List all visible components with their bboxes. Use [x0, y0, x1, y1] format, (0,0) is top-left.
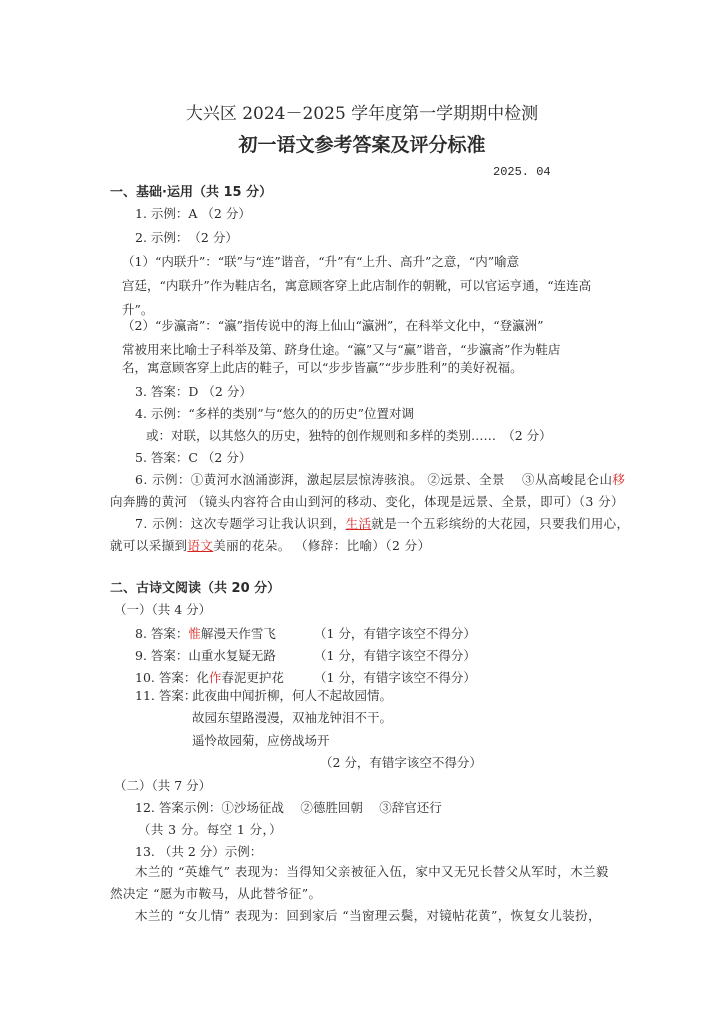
- document-date: 2025. 04: [493, 166, 551, 178]
- q2-answer: 2. 示例： （2 分）: [135, 232, 238, 245]
- q7-highlight-shenghuo: 生活: [346, 516, 372, 531]
- q5-answer: 5. 答案：C （2 分）: [135, 452, 251, 465]
- section1-heading: 一、基础·运用（共 15 分）: [110, 186, 272, 199]
- q13-line1: 13. （共 2 分）示例：: [135, 846, 262, 859]
- q2-part2-line1: （2）“步瀛斋”：“瀛”指传说中的海上仙山“瀛洲”，在科举文化中，“登瀛洲”: [122, 320, 544, 333]
- q10-text-b: 春泥更护花: [221, 670, 284, 685]
- q2-part1-line1: （1）“内联升”：“联”与“连”谐音，“升”有“上升、高升”之意，“内”喻意: [122, 256, 519, 269]
- q12-line1: 12. 答案示例：①沙场征战 ②德胜回朝 ③辞官还行: [135, 802, 442, 815]
- q8-highlight: 惟: [188, 626, 201, 641]
- q2-part1-line3: 升”。: [122, 304, 153, 317]
- q10-score: （1 分，有错字该空不得分）: [314, 672, 476, 685]
- q6-line1: 6. 示例：①黄河水汹涌澎湃，激起层层惊涛骇浪。 ②远景、全景 ③从高峻昆仑山移: [135, 474, 625, 487]
- q2-part1-line2: 宫廷，“内联升”作为鞋店名，寓意顾客穿上此店制作的朝靴，可以官运亨通，“连连高: [122, 280, 591, 293]
- q11-label: 11. 答案：: [135, 690, 196, 703]
- q7-line2-end: 美丽的花朵。 （修辞：比喻）（2 分）: [213, 538, 430, 553]
- q7-line1-end: 就是一个五彩缤纷的大花园，只要我们用心，: [371, 516, 629, 531]
- q10-label: 10. 答案：: [135, 670, 196, 685]
- document-subtitle: 初一语文参考答案及评分标准: [0, 136, 724, 155]
- q8-answer: 8. 答案：惟解漫天作雪飞: [135, 628, 276, 641]
- q7-line2: 就可以采撷到语文美丽的花朵。 （修辞：比喻）（2 分）: [110, 540, 430, 553]
- q7-line1-start: 7. 示例：这次专题学习让我认识到，: [135, 516, 346, 531]
- q4-line1: 4. 示例：“多样的类别”与“悠久的的历史”位置对调: [135, 408, 414, 421]
- q7-line2-start: 就可以采撷到: [110, 538, 187, 553]
- q7-highlight-yuwen: 语文: [187, 538, 213, 553]
- q11-line2: 故园东望路漫漫，双袖龙钟泪不干。: [192, 712, 392, 725]
- q10-highlight: 作: [209, 670, 222, 685]
- section2-heading: 二、古诗文阅读（共 20 分）: [110, 582, 280, 595]
- q11-line1: 此夜曲中闻折柳，何人不起故园情。: [192, 690, 392, 703]
- q10-text-a: 化: [196, 670, 209, 685]
- q12-line2: （共 3 分。每空 1 分，）: [138, 824, 282, 837]
- q2-part2-line2: 常被用来比喻士子科举及第、跻身仕途。“瀛”又与“赢”谐音，“步瀛斋”作为鞋店: [122, 344, 560, 357]
- q9-score: （1 分，有错字该空不得分）: [314, 650, 476, 663]
- q9-label: 9. 答案：: [135, 648, 188, 663]
- q3-answer: 3. 答案：D （2 分）: [135, 386, 252, 399]
- answer-key-page: 大兴区 2024－2025 学年度第一学期期中检测 初一语文参考答案及评分标准 …: [0, 0, 724, 1024]
- q13-para2-line1: 木兰的 “女儿情” 表现为：回到家后 “当窗理云鬓，对镜帖花黄”，恢复女儿装扮，: [135, 910, 601, 923]
- q13-para1-line2: 然决定 “愿为市鞍马，从此替爷征”。: [110, 888, 321, 901]
- q11-score: （2 分，有错字该空不得分）: [320, 757, 482, 770]
- q2-part2-line3: 名，寓意顾客穿上此店的鞋子，可以“步步皆赢”“步步胜利”的美好祝福。: [122, 362, 523, 375]
- q4-line2: 或：对联，以其悠久的历史，独特的创作规则和多样的类别…… （2 分）: [146, 430, 552, 443]
- q8-text: 解漫天作雪飞: [201, 626, 276, 641]
- q6-line2: 向奔腾的黄河 （镜头内容符合由山到河的移动、变化，体现是远景、全景，即可）（3 …: [110, 496, 624, 509]
- q11-line3: 遥怜故园菊，应傍战场开: [192, 735, 330, 748]
- q8-label: 8. 答案：: [135, 626, 188, 641]
- part2-heading: （二）（共 7 分）: [114, 780, 211, 793]
- document-title: 大兴区 2024－2025 学年度第一学期期中检测: [0, 106, 724, 123]
- q8-score: （1 分，有错字该空不得分）: [314, 628, 476, 641]
- q1-answer: 1. 示例：A （2 分）: [135, 208, 251, 221]
- q13-para1-line1: 木兰的 “英雄气” 表现为：当得知父亲被征入伍，家中又无兄长替父从军时，木兰毅: [135, 866, 609, 879]
- part1-heading: （一）（共 4 分）: [114, 604, 211, 617]
- q9-answer: 9. 答案：山重水复疑无路: [135, 650, 276, 663]
- q6-line1-text: 6. 示例：①黄河水汹涌澎湃，激起层层惊涛骇浪。 ②远景、全景 ③从高峻昆仑山: [135, 472, 612, 487]
- q10-answer: 10. 答案：化作春泥更护花: [135, 672, 284, 685]
- q7-line1: 7. 示例：这次专题学习让我认识到，生活就是一个五彩缤纷的大花园，只要我们用心，: [135, 518, 629, 531]
- q6-highlight: 移: [612, 472, 625, 487]
- q9-text: 山重水复疑无路: [188, 648, 276, 663]
